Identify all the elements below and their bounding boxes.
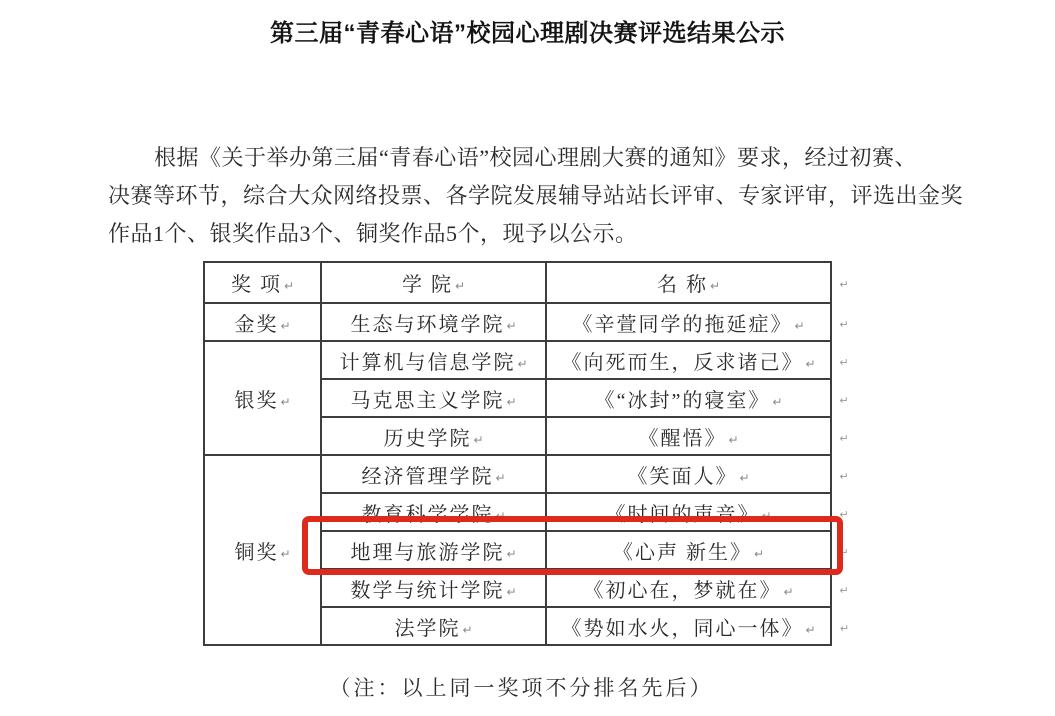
college-cell: 历史学院↵	[321, 417, 546, 455]
end-of-row-mark: ↵	[831, 455, 857, 493]
header-cell-name: 名 称↵	[546, 262, 831, 303]
work-title-cell: 《初心在，梦就在》↵	[546, 569, 831, 607]
end-of-cell-mark: ↵	[506, 547, 516, 561]
end-of-row-mark: ↵	[831, 262, 857, 303]
table-header-row: 奖 项↵ 学 院↵ 名 称↵ ↵	[204, 262, 857, 303]
results-table-wrapper: 奖 项↵ 学 院↵ 名 称↵ ↵ 金奖↵ 生态与环境学院↵ 《辛萱同学的拖延症》…	[203, 261, 858, 646]
end-of-cell-mark: ↵	[805, 357, 815, 371]
end-of-row-mark: ↵	[831, 417, 857, 455]
header-cell-award: 奖 项↵	[204, 262, 321, 303]
end-of-row-mark: ↵	[831, 531, 857, 569]
work-title-cell: 《势如水火，同心一体》↵	[546, 607, 831, 645]
note-text: （注：以上同一奖项不分排名先后）	[0, 672, 1043, 702]
end-of-cell-mark: ↵	[462, 623, 472, 637]
table-row: 金奖↵ 生态与环境学院↵ 《辛萱同学的拖延症》↵ ↵	[204, 303, 857, 341]
end-of-cell-mark: ↵	[794, 319, 804, 333]
end-of-cell-mark: ↵	[495, 509, 505, 523]
award-cell-gold: 金奖↵	[204, 303, 321, 341]
college-cell: 生态与环境学院↵	[321, 303, 546, 341]
college-cell: 数学与统计学院↵	[321, 569, 546, 607]
award-cell-silver: 银奖↵	[204, 341, 321, 455]
end-of-row-mark: ↵	[831, 379, 857, 417]
document-page: 第三届“青春心语”校园心理剧决赛评选结果公示 根据《关于举办第三届“青春心语”校…	[0, 0, 1055, 716]
end-of-cell-mark: ↵	[506, 585, 516, 599]
end-of-cell-mark: ↵	[495, 471, 505, 485]
end-of-cell-mark: ↵	[455, 279, 465, 293]
page-title: 第三届“青春心语”校园心理剧决赛评选结果公示	[0, 13, 1055, 48]
work-title-cell: 《醒悟》↵	[546, 417, 831, 455]
college-cell: 经济管理学院↵	[321, 455, 546, 493]
work-title-cell: 《笑面人》↵	[546, 455, 831, 493]
end-of-cell-mark: ↵	[284, 279, 294, 293]
end-of-cell-mark: ↵	[280, 319, 290, 333]
paragraph-line: 根据《关于举办第三届“青春心语”校园心理剧大赛的通知》要求，经过初赛、	[108, 139, 988, 177]
end-of-cell-mark: ↵	[280, 395, 290, 409]
college-cell: 教育科学学院↵	[321, 493, 546, 531]
work-title-cell: 《时间的声音》↵	[546, 493, 831, 531]
intro-paragraph: 根据《关于举办第三届“青春心语”校园心理剧大赛的通知》要求，经过初赛、 决赛等环…	[108, 139, 988, 253]
end-of-cell-mark: ↵	[739, 471, 749, 485]
college-cell: 地理与旅游学院↵	[321, 531, 546, 569]
end-of-cell-mark: ↵	[280, 547, 290, 561]
end-of-cell-mark: ↵	[506, 319, 516, 333]
award-cell-bronze: 铜奖↵	[204, 455, 321, 645]
paragraph-line: 作品1个、银奖作品3个、铜奖作品5个，现予以公示。	[108, 215, 988, 253]
results-table: 奖 项↵ 学 院↵ 名 称↵ ↵ 金奖↵ 生态与环境学院↵ 《辛萱同学的拖延症》…	[203, 261, 858, 646]
end-of-cell-mark: ↵	[754, 547, 764, 561]
end-of-row-mark: ↵	[831, 569, 857, 607]
table-row: 铜奖↵ 经济管理学院↵ 《笑面人》↵ ↵	[204, 455, 857, 493]
end-of-row-mark: ↵	[831, 303, 857, 341]
header-cell-college: 学 院↵	[321, 262, 546, 303]
end-of-row-mark: ↵	[831, 607, 857, 645]
end-of-row-mark: ↵	[831, 493, 857, 531]
work-title-cell: 《心声 新生》↵	[546, 531, 831, 569]
end-of-cell-mark: ↵	[710, 279, 720, 293]
end-of-row-mark: ↵	[831, 341, 857, 379]
work-title-cell: 《向死而生，反求诸己》↵	[546, 341, 831, 379]
end-of-cell-mark: ↵	[728, 433, 738, 447]
paragraph-line: 决赛等环节，综合大众网络投票、各学院发展辅导站站长评审、专家评审，评选出金奖	[108, 177, 988, 215]
end-of-cell-mark: ↵	[473, 433, 483, 447]
end-of-cell-mark: ↵	[506, 395, 516, 409]
end-of-cell-mark: ↵	[783, 585, 793, 599]
college-cell: 马克思主义学院↵	[321, 379, 546, 417]
college-cell: 法学院↵	[321, 607, 546, 645]
work-title-cell: 《辛萱同学的拖延症》↵	[546, 303, 831, 341]
work-title-cell: 《“冰封”的寝室》↵	[546, 379, 831, 417]
end-of-cell-mark: ↵	[517, 357, 527, 371]
table-row: 银奖↵ 计算机与信息学院↵ 《向死而生，反求诸己》↵ ↵	[204, 341, 857, 379]
college-cell: 计算机与信息学院↵	[321, 341, 546, 379]
end-of-cell-mark: ↵	[761, 509, 771, 523]
end-of-cell-mark: ↵	[805, 623, 815, 637]
end-of-cell-mark: ↵	[772, 395, 782, 409]
